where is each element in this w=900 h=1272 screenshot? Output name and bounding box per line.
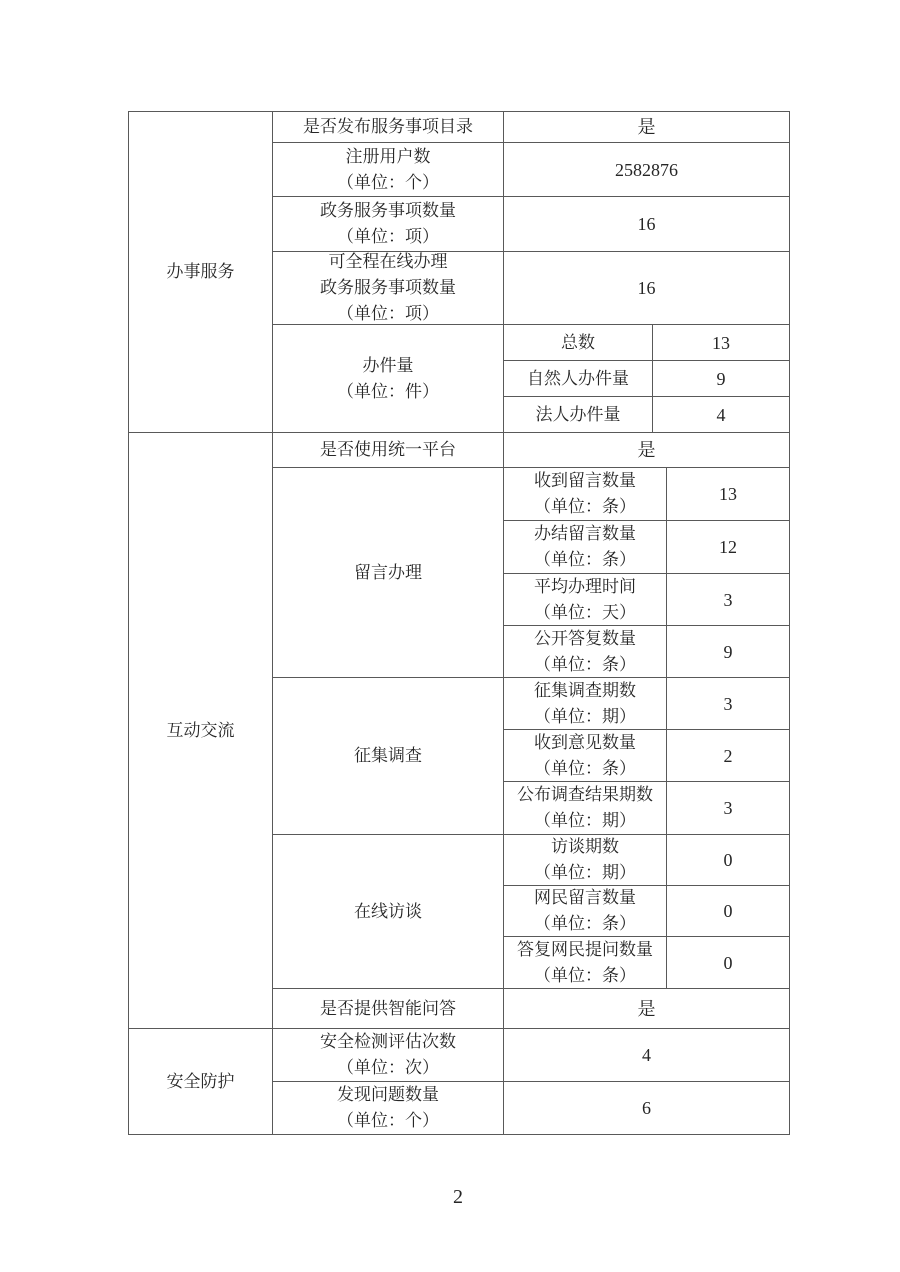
value-cell: 2582876 xyxy=(504,143,789,196)
table-row-zhengjidiaocha: 征集调查 征集调查期数 （单位：期） 3 收到意见数量 （单位：条） 2 公布调… xyxy=(273,678,789,835)
section-service: 办事服务 是否发布服务事项目录 是 注册用户数 （单位：个） 2582876 政… xyxy=(129,112,789,433)
sub-value-cell: 13 xyxy=(653,325,789,360)
value-cell: 是 xyxy=(504,433,789,467)
sub-item-cell: 网民留言数量 （单位：条） xyxy=(504,886,667,936)
value-cell: 6 xyxy=(504,1082,789,1134)
sub-row: 平均办理时间 （单位：天） 3 xyxy=(504,574,789,626)
sub-value-cell: 12 xyxy=(667,521,789,573)
sub-value-cell: 3 xyxy=(667,678,789,729)
sub-item-cell: 访谈期数 （单位：期） xyxy=(504,835,667,885)
section-security-rows: 安全检测评估次数 （单位：次） 4 发现问题数量 （单位：个） 6 xyxy=(273,1029,789,1134)
table-row: 是否提供智能问答 是 xyxy=(273,989,789,1028)
sub-item-cell: 答复网民提问数量 （单位：条） xyxy=(504,937,667,988)
sub-row: 收到留言数量 （单位：条） 13 xyxy=(504,468,789,521)
sub-row: 答复网民提问数量 （单位：条） 0 xyxy=(504,937,789,988)
sub-value-cell: 9 xyxy=(653,361,789,396)
sub-item-cell: 办结留言数量 （单位：条） xyxy=(504,521,667,573)
sub-value-cell: 3 xyxy=(667,782,789,834)
sub-item-cell: 公布调查结果期数 （单位：期） xyxy=(504,782,667,834)
sub-item-cell: 收到留言数量 （单位：条） xyxy=(504,468,667,520)
sub-rows: 征集调查期数 （单位：期） 3 收到意见数量 （单位：条） 2 公布调查结果期数… xyxy=(504,678,789,834)
sub-row: 网民留言数量 （单位：条） 0 xyxy=(504,886,789,937)
value-cell: 16 xyxy=(504,197,789,251)
sub-value-cell: 2 xyxy=(667,730,789,781)
table-row: 发现问题数量 （单位：个） 6 xyxy=(273,1082,789,1134)
sub-item-cell: 自然人办件量 xyxy=(504,361,653,396)
category-cell-service: 办事服务 xyxy=(129,112,273,432)
table-row: 是否使用统一平台 是 xyxy=(273,433,789,468)
document-page: 办事服务 是否发布服务事项目录 是 注册用户数 （单位：个） 2582876 政… xyxy=(0,0,900,1272)
sub-row: 收到意见数量 （单位：条） 2 xyxy=(504,730,789,782)
table-row: 政务服务事项数量 （单位：项） 16 xyxy=(273,197,789,252)
sub-item-cell: 公开答复数量 （单位：条） xyxy=(504,626,667,677)
sub-row: 总数 13 xyxy=(504,325,789,361)
table-row: 是否发布服务事项目录 是 xyxy=(273,112,789,143)
section-interaction-rows: 是否使用统一平台 是 留言办理 收到留言数量 （单位：条） 13 办结留言数量 … xyxy=(273,433,789,1028)
category-cell-interaction: 互动交流 xyxy=(129,433,273,1028)
sub-value-cell: 0 xyxy=(667,886,789,936)
sub-row: 公开答复数量 （单位：条） 9 xyxy=(504,626,789,677)
table-row: 安全检测评估次数 （单位：次） 4 xyxy=(273,1029,789,1082)
sub-row: 公布调查结果期数 （单位：期） 3 xyxy=(504,782,789,834)
value-cell: 是 xyxy=(504,112,789,142)
sub-row: 访谈期数 （单位：期） 0 xyxy=(504,835,789,886)
item-label-cell: 政务服务事项数量 （单位：项） xyxy=(273,197,504,251)
table-row: 注册用户数 （单位：个） 2582876 xyxy=(273,143,789,197)
item-label-cell: 是否使用统一平台 xyxy=(273,433,504,467)
sub-rows: 收到留言数量 （单位：条） 13 办结留言数量 （单位：条） 12 平均办理时间… xyxy=(504,468,789,677)
item-label-cell: 是否发布服务事项目录 xyxy=(273,112,504,142)
sub-item-cell: 法人办件量 xyxy=(504,397,653,432)
table-row-liuyanbanli: 留言办理 收到留言数量 （单位：条） 13 办结留言数量 （单位：条） 12 平… xyxy=(273,468,789,678)
sub-row: 办结留言数量 （单位：条） 12 xyxy=(504,521,789,574)
sub-value-cell: 0 xyxy=(667,937,789,988)
item-label-cell: 办件量 （单位：件） xyxy=(273,325,504,432)
value-cell: 16 xyxy=(504,252,789,324)
sub-item-cell: 平均办理时间 （单位：天） xyxy=(504,574,667,625)
item-label-cell: 发现问题数量 （单位：个） xyxy=(273,1082,504,1134)
category-cell-security: 安全防护 xyxy=(129,1029,273,1134)
page-number: 2 xyxy=(0,1183,900,1211)
annual-report-table: 办事服务 是否发布服务事项目录 是 注册用户数 （单位：个） 2582876 政… xyxy=(128,111,790,1135)
item-label-cell: 征集调查 xyxy=(273,678,504,834)
value-cell: 4 xyxy=(504,1029,789,1081)
section-interaction: 互动交流 是否使用统一平台 是 留言办理 收到留言数量 （单位：条） 13 办结… xyxy=(129,433,789,1029)
sub-value-cell: 13 xyxy=(667,468,789,520)
sub-item-cell: 总数 xyxy=(504,325,653,360)
table-row-banjianliang: 办件量 （单位：件） 总数 13 自然人办件量 9 法人办件量 4 xyxy=(273,325,789,432)
sub-item-cell: 征集调查期数 （单位：期） xyxy=(504,678,667,729)
item-label-cell: 可全程在线办理 政务服务事项数量 （单位：项） xyxy=(273,252,504,324)
value-cell: 是 xyxy=(504,989,789,1028)
sub-row: 法人办件量 4 xyxy=(504,397,789,432)
table-row-zaixianfangtan: 在线访谈 访谈期数 （单位：期） 0 网民留言数量 （单位：条） 0 答复网民提… xyxy=(273,835,789,989)
sub-value-cell: 0 xyxy=(667,835,789,885)
item-label-cell: 留言办理 xyxy=(273,468,504,677)
section-security: 安全防护 安全检测评估次数 （单位：次） 4 发现问题数量 （单位：个） 6 xyxy=(129,1029,789,1134)
sub-row: 自然人办件量 9 xyxy=(504,361,789,397)
item-label-cell: 注册用户数 （单位：个） xyxy=(273,143,504,196)
item-label-cell: 在线访谈 xyxy=(273,835,504,988)
sub-value-cell: 4 xyxy=(653,397,789,432)
sub-rows: 总数 13 自然人办件量 9 法人办件量 4 xyxy=(504,325,789,432)
sub-rows: 访谈期数 （单位：期） 0 网民留言数量 （单位：条） 0 答复网民提问数量 （… xyxy=(504,835,789,988)
sub-value-cell: 3 xyxy=(667,574,789,625)
item-label-cell: 安全检测评估次数 （单位：次） xyxy=(273,1029,504,1081)
sub-row: 征集调查期数 （单位：期） 3 xyxy=(504,678,789,730)
item-label-cell: 是否提供智能问答 xyxy=(273,989,504,1028)
sub-value-cell: 9 xyxy=(667,626,789,677)
sub-item-cell: 收到意见数量 （单位：条） xyxy=(504,730,667,781)
table-row: 可全程在线办理 政务服务事项数量 （单位：项） 16 xyxy=(273,252,789,325)
section-service-rows: 是否发布服务事项目录 是 注册用户数 （单位：个） 2582876 政务服务事项… xyxy=(273,112,789,432)
